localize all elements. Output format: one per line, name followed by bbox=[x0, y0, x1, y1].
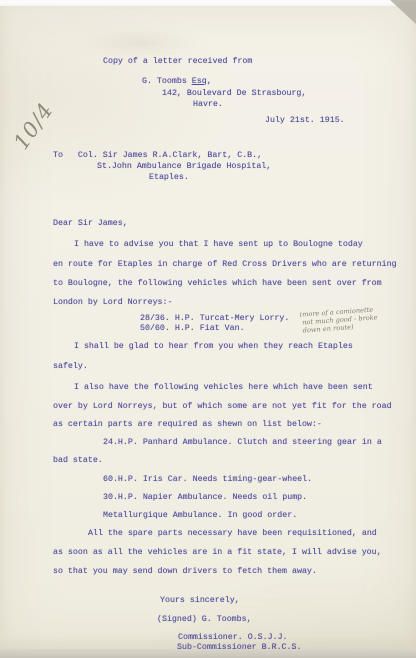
letter-line: so that you may send down drivers to fet… bbox=[53, 567, 317, 576]
letter-line: as certain parts are required as shewn o… bbox=[53, 420, 322, 429]
letter-line: 30.H.P. Napier Ambulance. Needs oil pump… bbox=[103, 493, 307, 502]
paper-smudge bbox=[80, 28, 200, 58]
letter-paper: Copy of a letter received fromG. Toombs … bbox=[0, 6, 416, 649]
letter-line: as soon as all the vehicles are in a fit… bbox=[53, 548, 382, 557]
pencil-corner-mark: 10/4 bbox=[9, 98, 58, 154]
scan-corner-shadow bbox=[390, 0, 416, 24]
letter-line: Etaples. bbox=[149, 173, 189, 182]
letter-line: 60.H.P. Iris Car. Needs timing-gear-whee… bbox=[103, 475, 312, 484]
letter-line: (Signed) G. Toombs, bbox=[157, 615, 252, 624]
letter-line: Commissioner. O.S.J.J. bbox=[178, 633, 288, 642]
letter-line: Copy of a letter received from bbox=[103, 57, 252, 66]
letter-line: safely. bbox=[53, 362, 88, 371]
letter-line: 142, Boulevard De Strasbourg, bbox=[162, 89, 306, 98]
letter-line: I shall be glad to hear from you when th… bbox=[74, 342, 353, 351]
pencil-margin-note: (more of a camionette not much good - br… bbox=[299, 305, 378, 334]
letter-line: over by Lord Norreys, but of which some … bbox=[53, 402, 392, 411]
letter-line: G. Toombs Esq, bbox=[142, 77, 212, 86]
scan-shadow-bottom bbox=[0, 649, 416, 658]
letter-line: Dear Sir James, bbox=[53, 219, 128, 228]
letter-line: bad state. bbox=[53, 456, 103, 465]
letter-line: en route for Etaples in charge of Red Cr… bbox=[53, 260, 397, 269]
letter-line: 50/60. H.P. Fiat Van. bbox=[140, 324, 245, 333]
letter-line: 24.H.P. Panhard Ambulance. Clutch and st… bbox=[103, 438, 382, 447]
letter-line: Metallurgique Ambulance. In good order. bbox=[103, 511, 297, 520]
letter-line: London by Lord Norreys:- bbox=[53, 298, 173, 307]
letter-line: I have to advise you that I have sent up… bbox=[74, 240, 363, 249]
letter-line: To Col. Sir James R.A.Clark, Bart, C.B., bbox=[53, 151, 262, 160]
letter-line: All the spare parts necessary have been … bbox=[88, 529, 377, 538]
letter-line: Yours sincerely, bbox=[160, 596, 240, 605]
letter-line: I also have the following vehicles here … bbox=[74, 383, 373, 392]
letter-line: July 21st. 1915. bbox=[265, 116, 345, 125]
letter-line: 28/36. H.P. Turcat-Mery Lorry. bbox=[140, 314, 289, 323]
letter-line: to Boulogne, the following vehicles whic… bbox=[53, 279, 382, 288]
letter-line: St.John Ambulance Brigade Hospital, bbox=[97, 162, 271, 171]
letter-line: Havre. bbox=[193, 100, 223, 109]
